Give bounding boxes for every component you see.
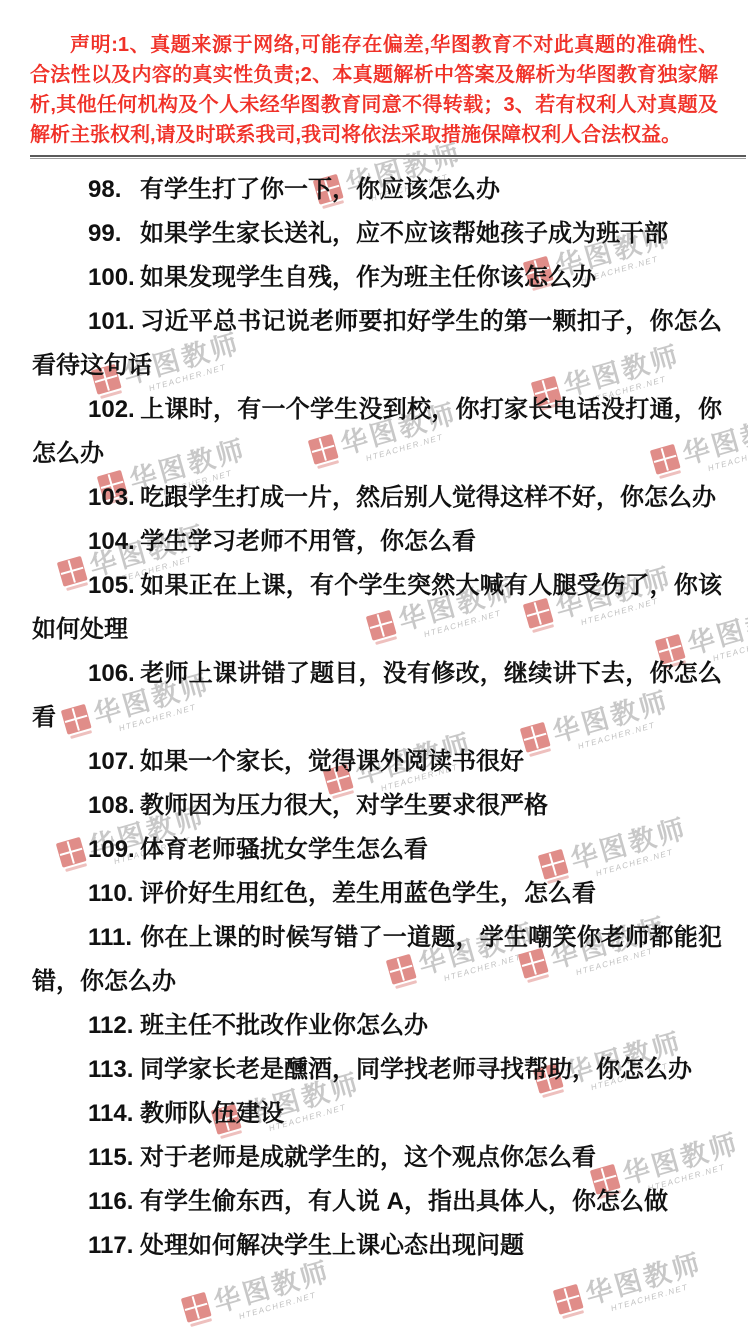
question-text: 有学生打了你一下，你应该怎么办 — [140, 176, 500, 203]
disclaimer-label: 声明: — [70, 34, 118, 56]
question-item: 105.如果正在上课，有个学生突然大喊有人腿受伤了，你该如何处理 — [32, 564, 722, 652]
question-text: 如果一个家长，觉得课外阅读书很好 — [140, 748, 524, 775]
question-number: 112. — [88, 1004, 140, 1048]
question-number: 110. — [88, 872, 140, 916]
question-text: 教师队伍建设 — [140, 1100, 284, 1127]
separator-rule — [30, 155, 746, 159]
question-item: 112.班主任不批改作业你怎么办 — [32, 1004, 722, 1048]
question-item: 114.教师队伍建设 — [32, 1092, 722, 1136]
question-item: 117.处理如何解决学生上课心态出现问题 — [32, 1224, 722, 1268]
question-item: 110.评价好生用红色，差生用蓝色学生，怎么看 — [32, 872, 722, 916]
question-number: 106. — [88, 652, 140, 696]
question-number: 117. — [88, 1224, 140, 1268]
question-item: 101.习近平总书记说老师要扣好学生的第一颗扣子，你怎么看待这句话 — [32, 300, 722, 388]
question-number: 113. — [88, 1048, 140, 1092]
question-item: 116.有学生偷东西，有人说 A，指出具体人，你怎么做 — [32, 1180, 722, 1224]
question-item: 115.对于老师是成就学生的，这个观点你怎么看 — [32, 1136, 722, 1180]
question-number: 114. — [88, 1092, 140, 1136]
question-number: 101. — [88, 300, 140, 344]
huatu-logo-icon — [553, 1284, 585, 1320]
question-item: 103.吃跟学生打成一片，然后别人觉得这样不好，你怎么办 — [32, 476, 722, 520]
questions-list: 98.有学生打了你一下，你应该怎么办 99.如果学生家长送礼，应不应该帮她孩子成… — [0, 168, 748, 1268]
huatu-logo-icon — [181, 1292, 213, 1328]
question-text: 同学家长老是醺酒，同学找老师寻找帮助，你怎么办 — [140, 1056, 692, 1083]
disclaimer-text: 1、真题来源于网络,可能存在偏差,华图教育不对此真题的准确性、合法性以及内容的真… — [30, 34, 718, 146]
question-number: 115. — [88, 1136, 140, 1180]
question-item: 108.教师因为压力很大，对学生要求很严格 — [32, 784, 722, 828]
question-item: 104.学生学习老师不用管，你怎么看 — [32, 520, 722, 564]
question-number: 109. — [88, 828, 140, 872]
question-item: 98.有学生打了你一下，你应该怎么办 — [32, 168, 722, 212]
question-number: 111. — [88, 916, 140, 960]
disclaimer: 声明:1、真题来源于网络,可能存在偏差,华图教育不对此真题的准确性、合法性以及内… — [30, 30, 718, 150]
question-number: 98. — [88, 168, 140, 212]
question-item: 111.你在上课的时候写错了一道题，学生嘲笑你老师都能犯错，你怎么办 — [32, 916, 722, 1004]
question-item: 99.如果学生家长送礼，应不应该帮她孩子成为班干部 — [32, 212, 722, 256]
question-number: 105. — [88, 564, 140, 608]
question-number: 108. — [88, 784, 140, 828]
question-item: 113.同学家长老是醺酒，同学找老师寻找帮助，你怎么办 — [32, 1048, 722, 1092]
question-text: 学生学习老师不用管，你怎么看 — [140, 528, 476, 555]
question-item: 100.如果发现学生自残，作为班主任你该怎么办 — [32, 256, 722, 300]
question-number: 102. — [88, 388, 140, 432]
watermark: 华图教师 HTEACHER.NET — [181, 1257, 337, 1335]
question-text: 有学生偷东西，有人说 A，指出具体人，你怎么做 — [140, 1188, 668, 1215]
question-text: 如果发现学生自残，作为班主任你该怎么办 — [140, 264, 596, 291]
question-item: 102.上课时，有一个学生没到校，你打家长电话没打通，你怎么办 — [32, 388, 722, 476]
page-content: 声明:1、真题来源于网络,可能存在偏差,华图教育不对此真题的准确性、合法性以及内… — [0, 30, 748, 1268]
question-text: 评价好生用红色，差生用蓝色学生，怎么看 — [140, 880, 596, 907]
question-text: 吃跟学生打成一片，然后别人觉得这样不好，你怎么办 — [140, 484, 716, 511]
question-text: 体育老师骚扰女学生怎么看 — [140, 836, 428, 863]
question-item: 107.如果一个家长，觉得课外阅读书很好 — [32, 740, 722, 784]
question-number: 116. — [88, 1180, 140, 1224]
document-page: 华图教师 HTEACHER.NET 华图教师 HTEACHER.NET 华图教师… — [0, 0, 748, 1335]
question-text: 处理如何解决学生上课心态出现问题 — [140, 1232, 524, 1259]
question-text: 对于老师是成就学生的，这个观点你怎么看 — [140, 1144, 596, 1171]
question-text: 教师因为压力很大，对学生要求很严格 — [140, 792, 548, 819]
question-number: 100. — [88, 256, 140, 300]
question-number: 99. — [88, 212, 140, 256]
question-text: 如果学生家长送礼，应不应该帮她孩子成为班干部 — [140, 220, 668, 247]
question-text: 班主任不批改作业你怎么办 — [140, 1012, 428, 1039]
question-number: 103. — [88, 476, 140, 520]
question-item: 106.老师上课讲错了题目，没有修改，继续讲下去，你怎么看 — [32, 652, 722, 740]
question-number: 104. — [88, 520, 140, 564]
question-item: 109.体育老师骚扰女学生怎么看 — [32, 828, 722, 872]
question-number: 107. — [88, 740, 140, 784]
